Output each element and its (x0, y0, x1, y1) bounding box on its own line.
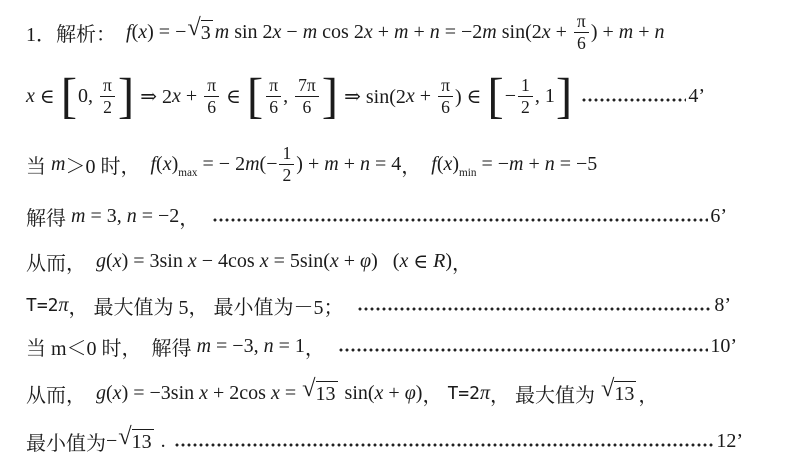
math-var: m (303, 21, 317, 44)
math-run: = −5 (555, 153, 598, 176)
subscript: max (178, 167, 197, 179)
fraction: 7π6 (295, 76, 319, 117)
radicand: 13 (132, 429, 154, 454)
fraction: π6 (204, 76, 219, 117)
math-var: x (260, 250, 269, 273)
math-run: + (383, 382, 404, 405)
math-var: π (480, 382, 490, 405)
numerator: π (100, 76, 115, 97)
text-run: ， (452, 247, 472, 276)
math-var: x (113, 382, 122, 405)
numerator: π (266, 76, 281, 97)
text-run: ， 最大值为 (490, 379, 600, 408)
dotted-leader (357, 302, 713, 316)
denominator: 2 (103, 97, 112, 117)
text-run: ， 最大值为 5， 最小值为－5； (69, 291, 349, 320)
math-var: x (375, 382, 384, 405)
math-run: − (281, 21, 302, 44)
math-run: ) = − (147, 21, 186, 44)
math-run: ) + (591, 21, 619, 44)
radicand: 13 (614, 381, 636, 406)
math-run: + (415, 85, 436, 108)
math-var: n (264, 335, 274, 358)
math-var: x (399, 250, 408, 273)
math-run: , 1 (535, 85, 555, 108)
math-var: x (188, 250, 197, 273)
math-run: ) = −3sin (122, 382, 200, 405)
math-run: = 1 (274, 335, 305, 358)
math-run: = − 2 (198, 153, 246, 176)
math-run: + (339, 153, 360, 176)
math-var: g (96, 382, 106, 405)
math-var: n (127, 205, 137, 228)
math-run: + (181, 85, 202, 108)
math-run: ) ∈ (455, 84, 486, 109)
math-var: x (199, 382, 208, 405)
numerator: 7π (295, 76, 319, 97)
math-var: x (113, 250, 122, 273)
math-run: = 5sin( (269, 250, 330, 273)
formula-line-8: 从而， g(x) = −3sin x + 2cos x = √13 sin(x … (26, 367, 777, 419)
math-run: = 4 (370, 153, 401, 176)
formula-line-4: 解得 m = 3, n = −2， 6’ (26, 195, 777, 237)
denominator: 2 (282, 165, 291, 185)
math-var: m (482, 21, 496, 44)
dotted-leader (581, 93, 686, 107)
dotted-leader (212, 213, 708, 227)
formula-line-6: T=2π， 最大值为 5， 最小值为－5； 8’ (26, 285, 777, 325)
math-run: (− (260, 153, 278, 176)
fraction: 12 (279, 144, 294, 185)
math-run: − (106, 430, 117, 453)
math-run: . (156, 430, 166, 453)
math-run: − (505, 85, 516, 108)
math-var: m (197, 335, 211, 358)
dotted-leader (174, 438, 715, 452)
math-run: ( (106, 382, 113, 405)
math-var: m (51, 153, 65, 176)
math-var: x (26, 85, 35, 108)
math-run: cos 2 (317, 21, 364, 44)
square-root: √13 (118, 429, 153, 454)
math-run: ⇒ sin(2 (339, 84, 406, 109)
mono-run: T=2 (26, 295, 59, 316)
text-run: 当 m＜0 时， 解得 (26, 332, 197, 361)
math-var: m (245, 153, 259, 176)
fraction: 12 (518, 76, 533, 117)
formula-line-9: 最小值为−√13 .12’ (26, 419, 777, 463)
math-run: = (280, 382, 301, 405)
math-run: ( (156, 153, 163, 176)
math-run: ) (416, 382, 423, 405)
math-run: + (633, 21, 654, 44)
math-run: + (373, 21, 394, 44)
denominator: 6 (303, 97, 312, 117)
math-run: + (339, 250, 360, 273)
radicand: 3 (201, 20, 213, 45)
math-solution-document: 1．解析： f(x) = −√3m sin 2x − m cos 2x + m … (0, 0, 787, 469)
math-run: , (283, 85, 293, 108)
math-run: = 3, (85, 205, 126, 228)
math-run: ) (445, 250, 452, 273)
radical-sign: √ (187, 18, 200, 38)
math-run: + (408, 21, 429, 44)
math-var: x (138, 21, 147, 44)
text-run: ＞0 时， (65, 150, 150, 179)
math-var: n (360, 153, 370, 176)
math-var: x (406, 85, 415, 108)
math-run: ∈ (408, 249, 433, 274)
math-run: ) + (296, 153, 324, 176)
radical-sign: √ (302, 379, 315, 399)
math-var: x (443, 153, 452, 176)
text-run: ， (638, 379, 658, 408)
text-run: 解得 (26, 202, 71, 231)
text-run: ， (401, 150, 431, 179)
text-run: ， (179, 202, 204, 231)
square-root: √3 (187, 20, 212, 45)
text-run: 从而， (26, 247, 96, 276)
denominator: 6 (207, 97, 216, 117)
formula-line-5: 从而， g(x) = 3sin x − 4cos x = 5sin(x + φ)… (26, 237, 777, 285)
text-run: 1．解析： (26, 18, 126, 47)
fraction: π6 (574, 12, 589, 53)
math-var: n (545, 153, 555, 176)
math-var: φ (360, 250, 371, 273)
denominator: 6 (577, 33, 586, 53)
math-var: m (324, 153, 338, 176)
math-var: x (542, 21, 551, 44)
denominator: 2 (521, 97, 530, 117)
math-var: m (71, 205, 85, 228)
math-var: m (509, 153, 523, 176)
numerator: π (574, 12, 589, 33)
document-body: 1．解析： f(x) = −√3m sin 2x − m cos 2x + m … (26, 5, 777, 463)
radicand: 13 (316, 381, 338, 406)
math-var: x (172, 85, 181, 108)
math-run: ( (106, 250, 113, 273)
score-label: 12’ (716, 430, 743, 453)
score-label: 4’ (688, 85, 705, 108)
math-var: m (619, 21, 633, 44)
formula-line-7: 当 m＜0 时， 解得 m = −3, n = 1， 10’ (26, 325, 777, 367)
numerator: π (204, 76, 219, 97)
math-var: g (96, 250, 106, 273)
math-run: = −2 (440, 21, 483, 44)
math-run: ) ( (371, 250, 399, 273)
math-var: R (433, 250, 445, 273)
text-run: 从而， (26, 379, 96, 408)
dotted-leader (338, 343, 708, 357)
math-run: sin(2 (497, 21, 542, 44)
numerator: 1 (279, 144, 294, 165)
radical-sign: √ (601, 379, 614, 399)
math-var: x (364, 21, 373, 44)
text-run: 当 (26, 150, 51, 179)
text-run: ， (422, 379, 447, 408)
subscript: min (459, 167, 476, 179)
math-var: m (394, 21, 408, 44)
score-label: 6’ (710, 205, 727, 228)
math-run: 0, (78, 85, 98, 108)
math-run: + (523, 153, 544, 176)
fraction: π6 (266, 76, 281, 117)
fraction: π6 (438, 76, 453, 117)
math-var: n (655, 21, 665, 44)
math-run: ⇒ 2 (135, 84, 172, 109)
math-run: sin( (340, 382, 375, 405)
denominator: 6 (441, 97, 450, 117)
math-run: = −3, (211, 335, 264, 358)
math-run: + (551, 21, 572, 44)
math-var: x (163, 153, 172, 176)
formula-line-1: 1．解析： f(x) = −√3m sin 2x − m cos 2x + m … (26, 5, 777, 59)
numerator: 1 (518, 76, 533, 97)
square-root: √13 (601, 381, 636, 406)
math-var: x (271, 382, 280, 405)
math-run: ) (172, 153, 179, 176)
math-run: sin 2 (229, 21, 272, 44)
math-run: ∈ (35, 84, 60, 109)
formula-line-3: 当 m＞0 时， f(x)max = − 2m(−12) + m + n = 4… (26, 133, 777, 195)
math-run: ) = 3sin (122, 250, 188, 273)
math-run: ) (452, 153, 459, 176)
denominator: 6 (269, 97, 278, 117)
score-label: 10’ (710, 335, 737, 358)
square-root: √13 (302, 381, 337, 406)
math-var: n (430, 21, 440, 44)
math-var: m (215, 21, 229, 44)
text-run: 最小值为 (26, 427, 106, 456)
math-var: π (59, 294, 69, 317)
score-label: 8’ (714, 294, 731, 317)
math-run: = − (476, 153, 509, 176)
mono-run: T=2 (447, 383, 480, 404)
math-var: x (273, 21, 282, 44)
numerator: π (438, 76, 453, 97)
formula-line-2: x ∈ [0, π2] ⇒ 2x + π6 ∈ [π6, 7π6] ⇒ sin(… (26, 59, 777, 133)
math-run: − 4cos (197, 250, 260, 273)
text-run: ， (305, 332, 330, 361)
math-run: + 2cos (208, 382, 271, 405)
math-run: ∈ (221, 84, 246, 109)
fraction: π2 (100, 76, 115, 117)
radical-sign: √ (118, 427, 131, 447)
math-var: φ (405, 382, 416, 405)
math-var: x (330, 250, 339, 273)
math-run: = −2 (137, 205, 180, 228)
